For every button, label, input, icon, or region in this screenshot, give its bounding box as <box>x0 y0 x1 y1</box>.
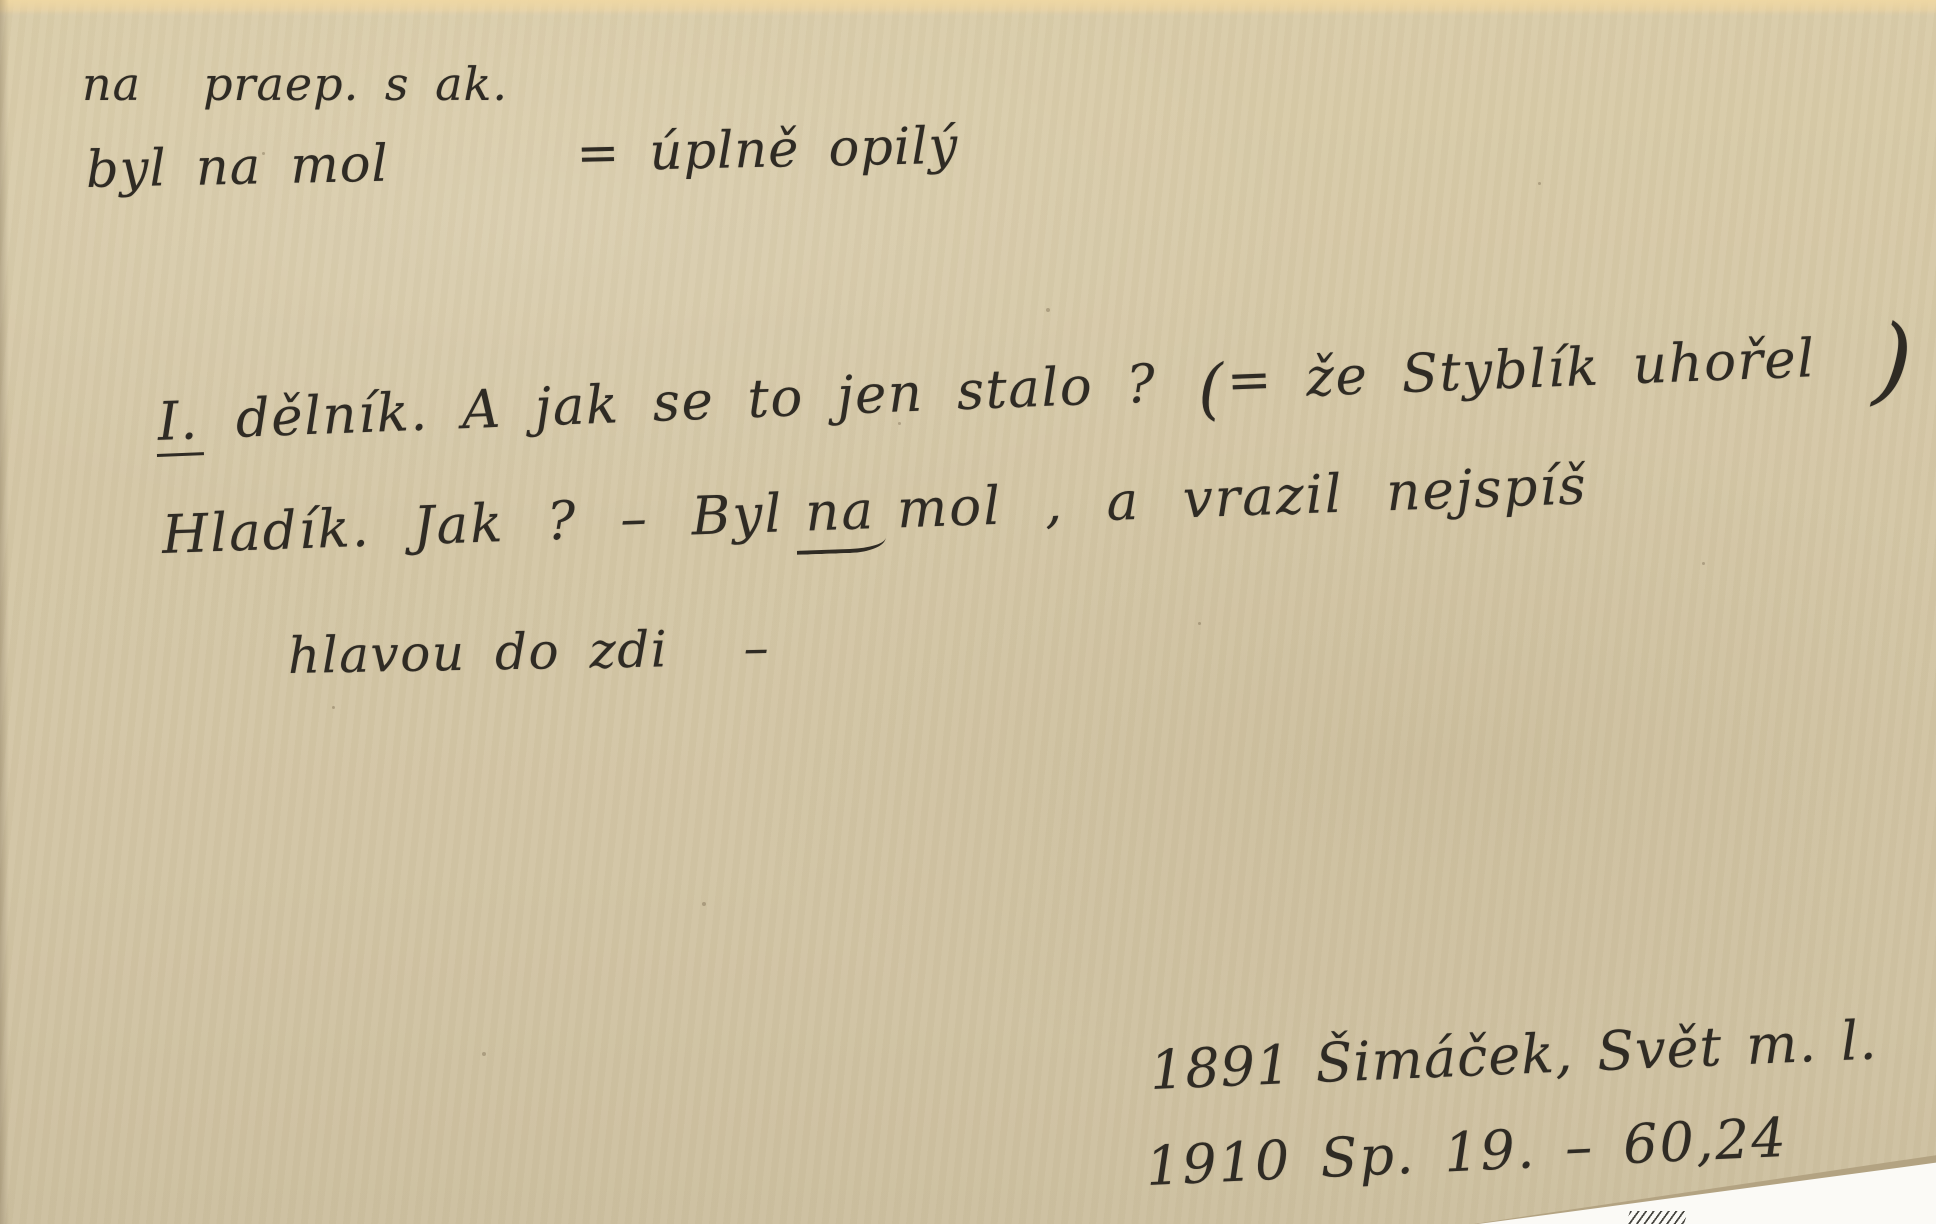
quote-text-1: dělník. A jak se to jen stalo ? <box>235 354 1158 450</box>
quotation-line-3: hlavou do zdi – <box>287 620 770 686</box>
quotation-line-2: Hladík. Jak ? – Bylnamol , a vrazil nejs… <box>161 456 1589 567</box>
citation-source: 1891 Šimáček, Svět m. l. <box>1149 1010 1879 1103</box>
grammar-note: praep. s ak. <box>203 57 508 111</box>
quote-text-2-after: mol , a vrazil nejspíš <box>896 455 1589 540</box>
paper-speck <box>702 902 706 906</box>
headword: na <box>82 57 141 111</box>
headword-line: napraep. s ak. <box>82 58 508 111</box>
paper-speck <box>1702 562 1705 565</box>
paren-close: ) <box>1875 359 1914 362</box>
citation-reference: 1910 Sp. 19. – 60,24 <box>1145 1107 1789 1198</box>
definition-line: byl na mol= úplně opilý <box>85 124 959 201</box>
paper-speck <box>898 422 901 425</box>
index-card-scan: napraep. s ak. byl na mol= úplně opilý I… <box>0 0 1936 1224</box>
roman-numeral: I. <box>155 390 204 457</box>
paper-speck <box>1046 308 1050 312</box>
hatch-mark <box>1626 1211 1688 1224</box>
quotation-line-1: I. dělník. A jak se to jen stalo ? (= že… <box>155 324 1916 467</box>
gloss: = úplně opilý <box>576 117 959 184</box>
card-left-edge-shade <box>0 0 9 1224</box>
phrase: byl na mol <box>85 135 389 200</box>
card-top-edge <box>0 0 1936 13</box>
paren-open: ( <box>1196 350 1226 428</box>
paper-speck <box>482 1052 486 1056</box>
paper-speck <box>262 152 265 155</box>
paren-note: = že Styblík uhořel <box>1226 328 1817 412</box>
paper-speck <box>1198 622 1201 625</box>
underlined-word: na <box>794 480 886 555</box>
citation-reference-text: 1910 Sp. 19. – 60,24 <box>1145 1106 1789 1198</box>
trailing-dash: – <box>743 619 771 677</box>
paper-speck <box>332 706 335 709</box>
paper-speck <box>1538 182 1541 185</box>
citation-source-text: 1891 Šimáček, Svět m. l. <box>1149 1009 1879 1102</box>
quote-text-3: hlavou do zdi <box>287 620 668 685</box>
quote-text-2-before: Hladík. Jak ? – Byl <box>161 483 784 566</box>
